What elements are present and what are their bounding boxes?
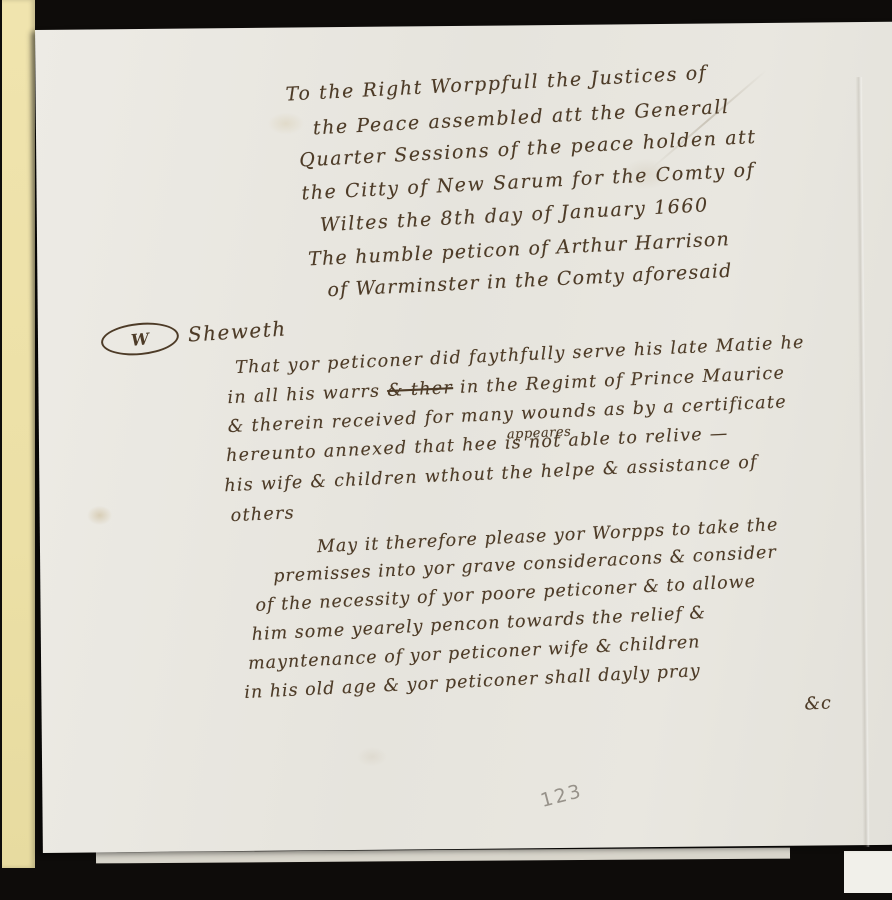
body-line: others	[230, 503, 295, 526]
manuscript-page: To the Right Worppfull the Justices of t…	[35, 22, 892, 853]
sheweth-word: Sheweth	[187, 316, 287, 346]
struck-text: & ther	[387, 378, 454, 401]
body-line-segment: in all his warrs	[227, 381, 388, 408]
margin-mark-letter: W	[130, 329, 150, 350]
corner-sheet	[844, 851, 892, 893]
vertical-fold-crease	[855, 77, 869, 847]
pencil-folio-number: 123	[538, 780, 584, 812]
heading-line: To the Right Worppfull the Justices of	[285, 62, 708, 106]
flyleaf-edge	[2, 0, 35, 868]
heading-line: Wiltes the 8th day of January 1660	[319, 194, 709, 236]
body-line-segment: in the Regimt of Prince Maurice	[453, 363, 786, 398]
clerk-margin-mark: W	[100, 319, 181, 358]
manuscript-scan: { "heading": { "lines": [ "To the Right …	[0, 0, 892, 900]
closing-etc: &c	[804, 693, 832, 714]
